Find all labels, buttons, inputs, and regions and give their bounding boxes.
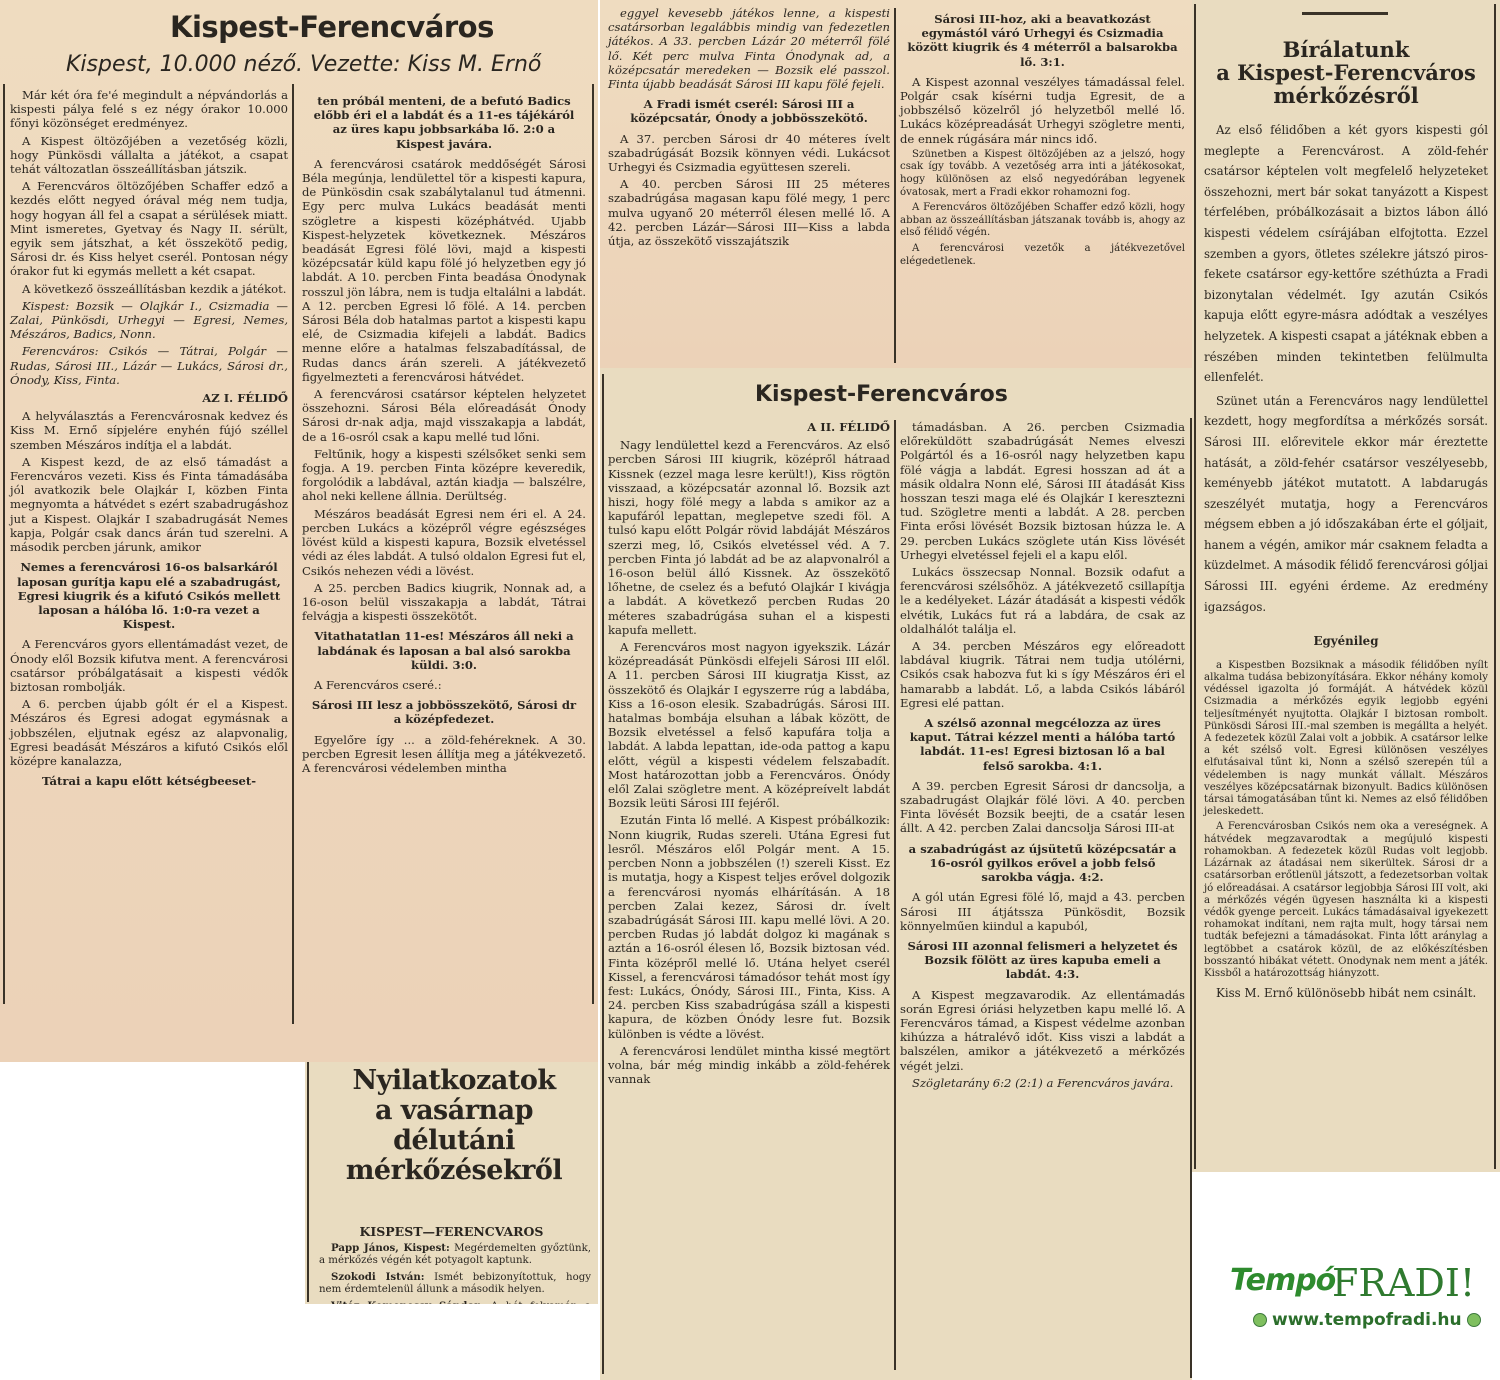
football-icon (1253, 1313, 1267, 1327)
logo-tempo: Tempó (1230, 1263, 1335, 1298)
column-5: A II. FÉLIDŐNagy lendülettel kezd a Fere… (608, 416, 890, 1089)
statements-subhead: KISPEST—FERENCVAROS (305, 1224, 598, 1239)
paragraph: Sárosi III azonnal felismeri a helyzetet… (906, 939, 1179, 982)
paragraph: A Kispest azonnal veszélyes támadással f… (900, 75, 1185, 146)
column-6: támadásban. A 26. percben Csizmadia előr… (900, 420, 1185, 1093)
paragraph: Már két óra fe'é megindult a népvándorlá… (10, 88, 288, 131)
speaker: Papp János, Kispest: (331, 1242, 450, 1254)
column-rule (1194, 4, 1196, 1169)
paragraph: A Ferencváros gyors ellentámadást vezet,… (10, 637, 288, 694)
paragraph: A Ferencváros cseré.: (302, 678, 586, 692)
paragraph: A Kispest öltözőjében a vezetőség közli,… (10, 134, 288, 177)
statement: Szokodi István: Ismét bebizonyítottuk, h… (319, 1271, 591, 1297)
paragraph: A ferencvárosi lendület mintha kissé meg… (608, 1044, 890, 1087)
paragraph: A Fradi ismét cserél: Sárosi III a közép… (614, 97, 884, 125)
paragraph: Egyelőre így ... a zöld-fehéreknek. A 30… (302, 733, 586, 776)
paragraph: Az első félidőben a két gyors kispesti g… (1204, 120, 1488, 388)
paragraph: Nagy lendülettel kezd a Ferencváros. Az … (608, 438, 890, 637)
paragraph: A ferencvárosi csatársor képtelen helyze… (302, 387, 586, 444)
statement: Papp János, Kispest: Megérdemelten győzt… (319, 1242, 591, 1268)
paragraph: Szünetben a Kispest öltözőjében az a jel… (900, 149, 1185, 199)
paragraph: A ferencvárosi csatárok meddőségét Sáros… (302, 157, 586, 384)
column-rule (1494, 4, 1496, 1169)
paragraph: Ezután Finta lő mellé. A Kispest próbálk… (608, 813, 890, 1040)
paragraph: Nemes a ferencvárosi 16-os balsarkáról l… (16, 560, 282, 631)
paragraph: A helyválasztás a Ferencvárosnak kedvez … (10, 409, 288, 452)
paragraph: A 6. percben újabb gólt ér el a Kispest.… (10, 697, 288, 768)
tempofradi-logo: Tempó FRADI! www.tempofradi.hu (1200, 1255, 1500, 1335)
column-rule (894, 420, 896, 1370)
paragraph: a Kispestben Bozsiknak a második félidőb… (1204, 660, 1488, 819)
paragraph: A ferencvárosi vezetők a játékvezetővel … (900, 243, 1185, 268)
paragraph: A 40. percben Sárosi III 25 méteres szab… (608, 177, 890, 248)
paragraph: A következő összeállításban kezdik a ját… (10, 282, 288, 296)
paragraph: eggyel kevesebb játékos lenne, a kispest… (608, 6, 890, 91)
column-3: eggyel kevesebb játékos lenne, a kispest… (608, 6, 890, 251)
column-1: Már két óra fe'é megindult a népvándorlá… (10, 88, 288, 794)
paragraph: A Ferencváros most nagyon igyekszik. Láz… (608, 640, 890, 810)
paragraph: a szabadrúgást az újsütetű középcsatár a… (906, 842, 1179, 885)
paragraph: A Ferencváros öltözőjében Schaffer edző … (900, 202, 1185, 240)
paragraph: Kispest: Bozsik — Olajkár I., Csizmadia … (10, 299, 288, 342)
article-subtitle: Kispest, 10.000 néző. Vezette: Kiss M. E… (66, 52, 541, 77)
column-4: Sárosi III-hoz, aki a beavatkozást egymá… (900, 6, 1185, 271)
speaker: Szokodi István: (331, 1271, 425, 1283)
statements-title: Nyilatkozatok a vasárnap délutáni mérkőz… (311, 1066, 597, 1186)
statements-body: Papp János, Kispest: Megérdemelten győzt… (319, 1242, 591, 1304)
clip-review: Bírálatunk a Kispest-Ferencváros mérkőzé… (1192, 0, 1500, 1172)
ornament-rule (1302, 12, 1388, 15)
paragraph: támadásban. A 26. percben Csizmadia előr… (900, 420, 1185, 562)
column-rule (3, 84, 5, 1004)
logo-url[interactable]: www.tempofradi.hu (1248, 1310, 1486, 1330)
paragraph: Kiss M. Ernő különösebb hibát nem csinál… (1204, 983, 1488, 1004)
paragraph: Sárosi III-hoz, aki a beavatkozást egymá… (906, 12, 1179, 69)
clip-continuation: eggyel kevesebb játékos lenne, a kispest… (600, 0, 1192, 368)
column-rule (307, 1062, 309, 1302)
review-title: Bírálatunk a Kispest-Ferencváros mérkőzé… (1198, 38, 1494, 107)
paragraph: Szögletarány 6:2 (2:1) a Ferencváros jav… (900, 1076, 1185, 1090)
column-2: ten próbál menteni, de a befutó Badics e… (302, 88, 586, 778)
paragraph: A Kispest megzavarodik. Az ellentámadás … (900, 988, 1185, 1073)
article-title: Kispest-Ferencváros (755, 382, 1008, 407)
paragraph: Feltűnik, hogy a kispesti szélsőket senk… (302, 447, 586, 504)
speaker: Vitéz Kemenessy Sándor: (331, 1300, 483, 1304)
clip-statements: Nyilatkozatok a vasárnap délutáni mérkőz… (305, 1062, 598, 1304)
paragraph: A 25. percben Badics kiugrik, Nonnak ad,… (302, 581, 586, 624)
column-rule (592, 84, 594, 1004)
paragraph: Vitathatatlan 11-es! Mészáros áll neki a… (308, 629, 580, 672)
statement: Vitéz Kemenessy Sándor: A hét folyamán a… (319, 1300, 591, 1304)
paragraph: A 39. percben Egresit Sárosi dr dancsolj… (900, 779, 1185, 836)
paragraph: A gól után Egresi fölé lő, majd a 43. pe… (900, 890, 1185, 933)
paragraph: Ferencváros: Csikós — Tátrai, Polgár — R… (10, 344, 288, 387)
paragraph: A Ferencváros öltözőjében Schaffer edző … (10, 179, 288, 278)
review-body: Az első félidőben a két gyors kispesti g… (1204, 120, 1488, 1007)
column-rule (602, 374, 604, 1374)
logo-fradi: FRADI! (1332, 1261, 1475, 1305)
paragraph: AZ I. FÉLIDŐ (10, 391, 288, 405)
paragraph: Tátrai a kapu előtt kétségbeeset- (16, 774, 282, 788)
paragraph: Mészáros beadását Egresi nem éri el. A 2… (302, 507, 586, 578)
paragraph: Lukács összecsap Nonnal. Bozsik odafut a… (900, 565, 1185, 636)
paragraph: ten próbál menteni, de a befutó Badics e… (308, 94, 580, 151)
paragraph: Szünet után a Ferencváros nagy lendülett… (1204, 391, 1488, 618)
paragraph: A II. FÉLIDŐ (608, 420, 890, 434)
paragraph: Sárosi III lesz a jobbösszekötő, Sárosi … (308, 698, 580, 726)
clip-kispest-ferencvaros-second-half: Kispest-Ferencváros A II. FÉLIDŐNagy len… (600, 368, 1192, 1380)
paragraph: A 37. percben Sárosi dr 40 méteres ívelt… (608, 132, 890, 175)
paragraph: A szélső azonnal megcélozza az üres kapu… (906, 716, 1179, 773)
paragraph: A Kispest kezd, de az első támadást a Fe… (10, 455, 288, 554)
column-rule (292, 84, 294, 1024)
column-rule (894, 8, 896, 363)
article-title: Kispest-Ferencváros (170, 10, 494, 44)
paragraph: A 34. percben Mészáros egy előreadott la… (900, 639, 1185, 710)
paragraph: A Ferencvárosban Csikós nem oka a veresé… (1204, 821, 1488, 980)
clip-kispest-ferencvaros-first-half: Kispest-Ferencváros Kispest, 10.000 néző… (0, 0, 598, 1062)
football-icon (1467, 1313, 1481, 1327)
subhead: Egyénileg (1204, 631, 1488, 652)
